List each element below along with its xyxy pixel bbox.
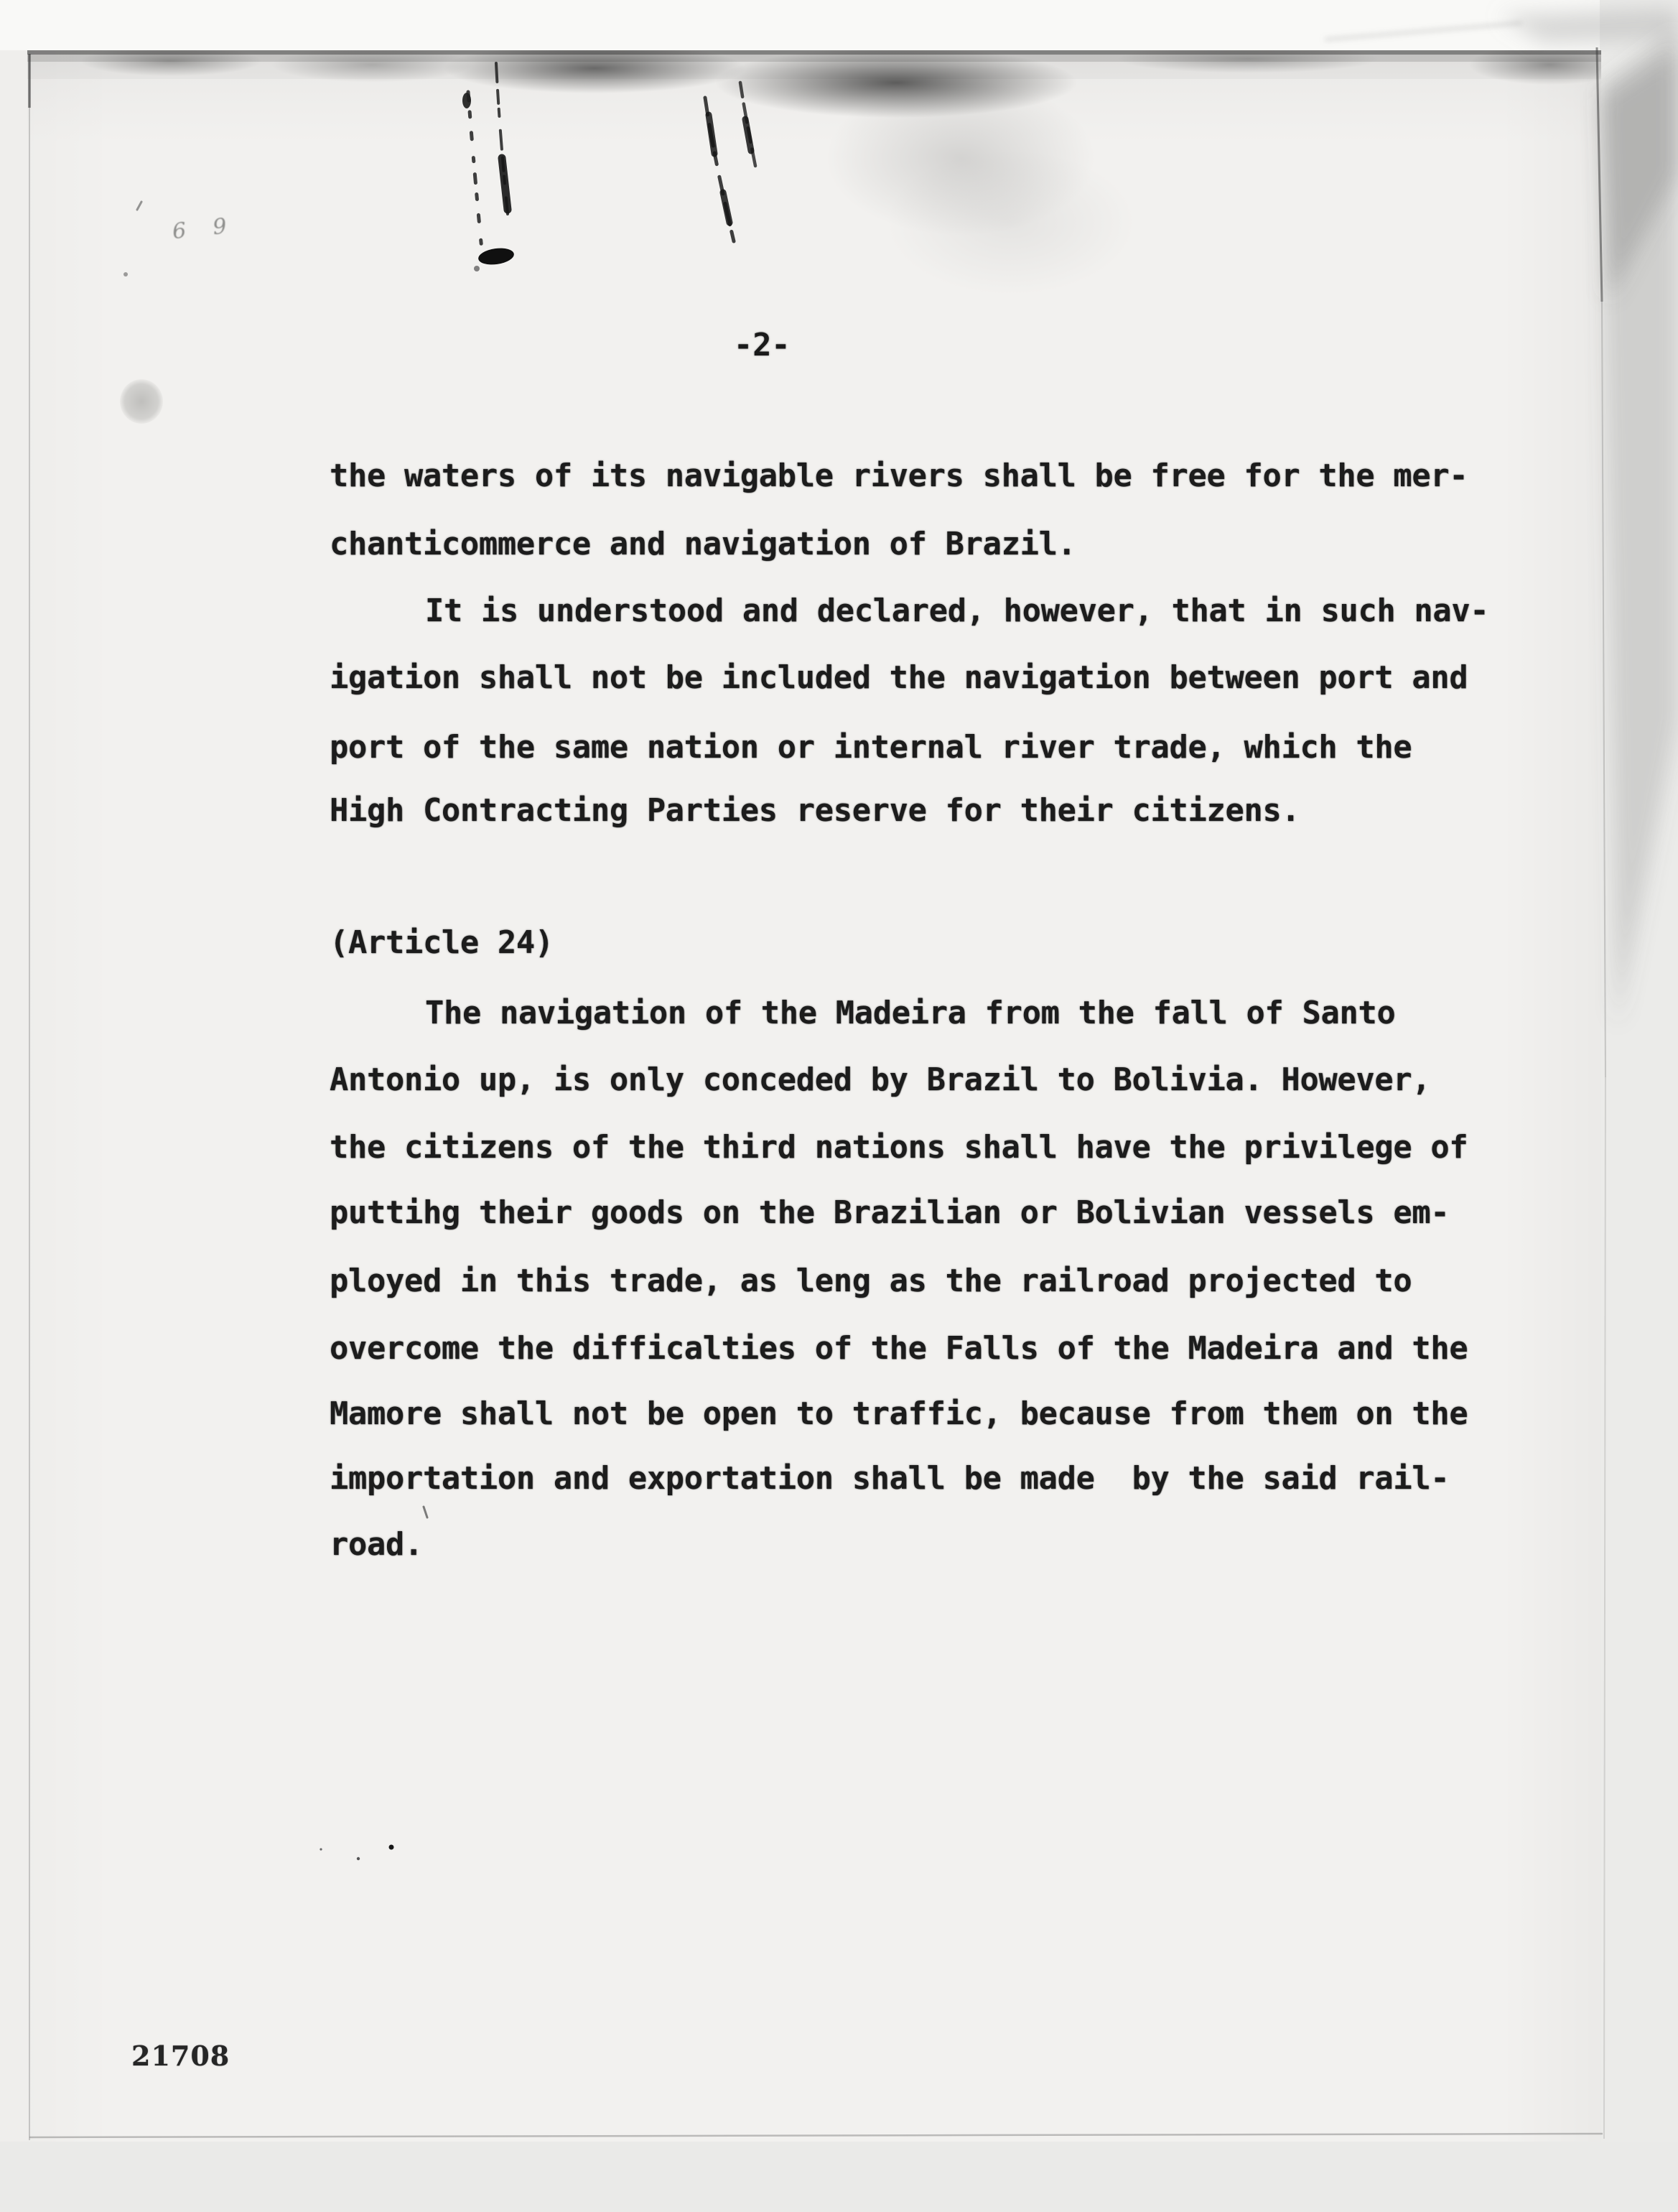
typed-line: importation and exportation shall be mad…	[330, 1464, 1449, 1495]
typed-line: It is understood and declared, however, …	[425, 596, 1488, 628]
typed-line: ployed in this trade, as leng as the rai…	[330, 1266, 1412, 1298]
typed-line: road.	[330, 1530, 423, 1561]
scanner-background-bottom	[0, 2142, 1678, 2212]
typed-line: Antonio up, is only conceded by Brazil t…	[330, 1065, 1430, 1097]
typed-line: igation shall not be included the naviga…	[330, 663, 1468, 694]
typed-line: overcome the difficalties of the Falls o…	[330, 1334, 1468, 1365]
archive-item-number: 21708	[131, 2042, 230, 2071]
typed-line: the citizens of the third nations shall …	[330, 1133, 1468, 1164]
typed-line: Mamore shall not be open to traffic, bec…	[330, 1399, 1468, 1431]
typed-line: puttihg their goods on the Brazilian or …	[330, 1198, 1449, 1230]
typed-line: chanticommerce and navigation of Brazil.	[330, 529, 1076, 561]
typed-line: (Article 24)	[330, 928, 554, 959]
scanner-background-right	[1600, 0, 1678, 2212]
page-number: -2-	[734, 330, 791, 362]
typed-line: port of the same nation or internal rive…	[330, 733, 1412, 764]
paper-stain-dot	[120, 379, 163, 424]
typed-line: High Contracting Parties reserve for the…	[330, 796, 1300, 827]
scanner-background-top	[0, 0, 1678, 50]
typed-line: The navigation of the Madeira from the f…	[425, 998, 1395, 1030]
typed-line: the waters of its navigable rivers shall…	[330, 461, 1468, 493]
